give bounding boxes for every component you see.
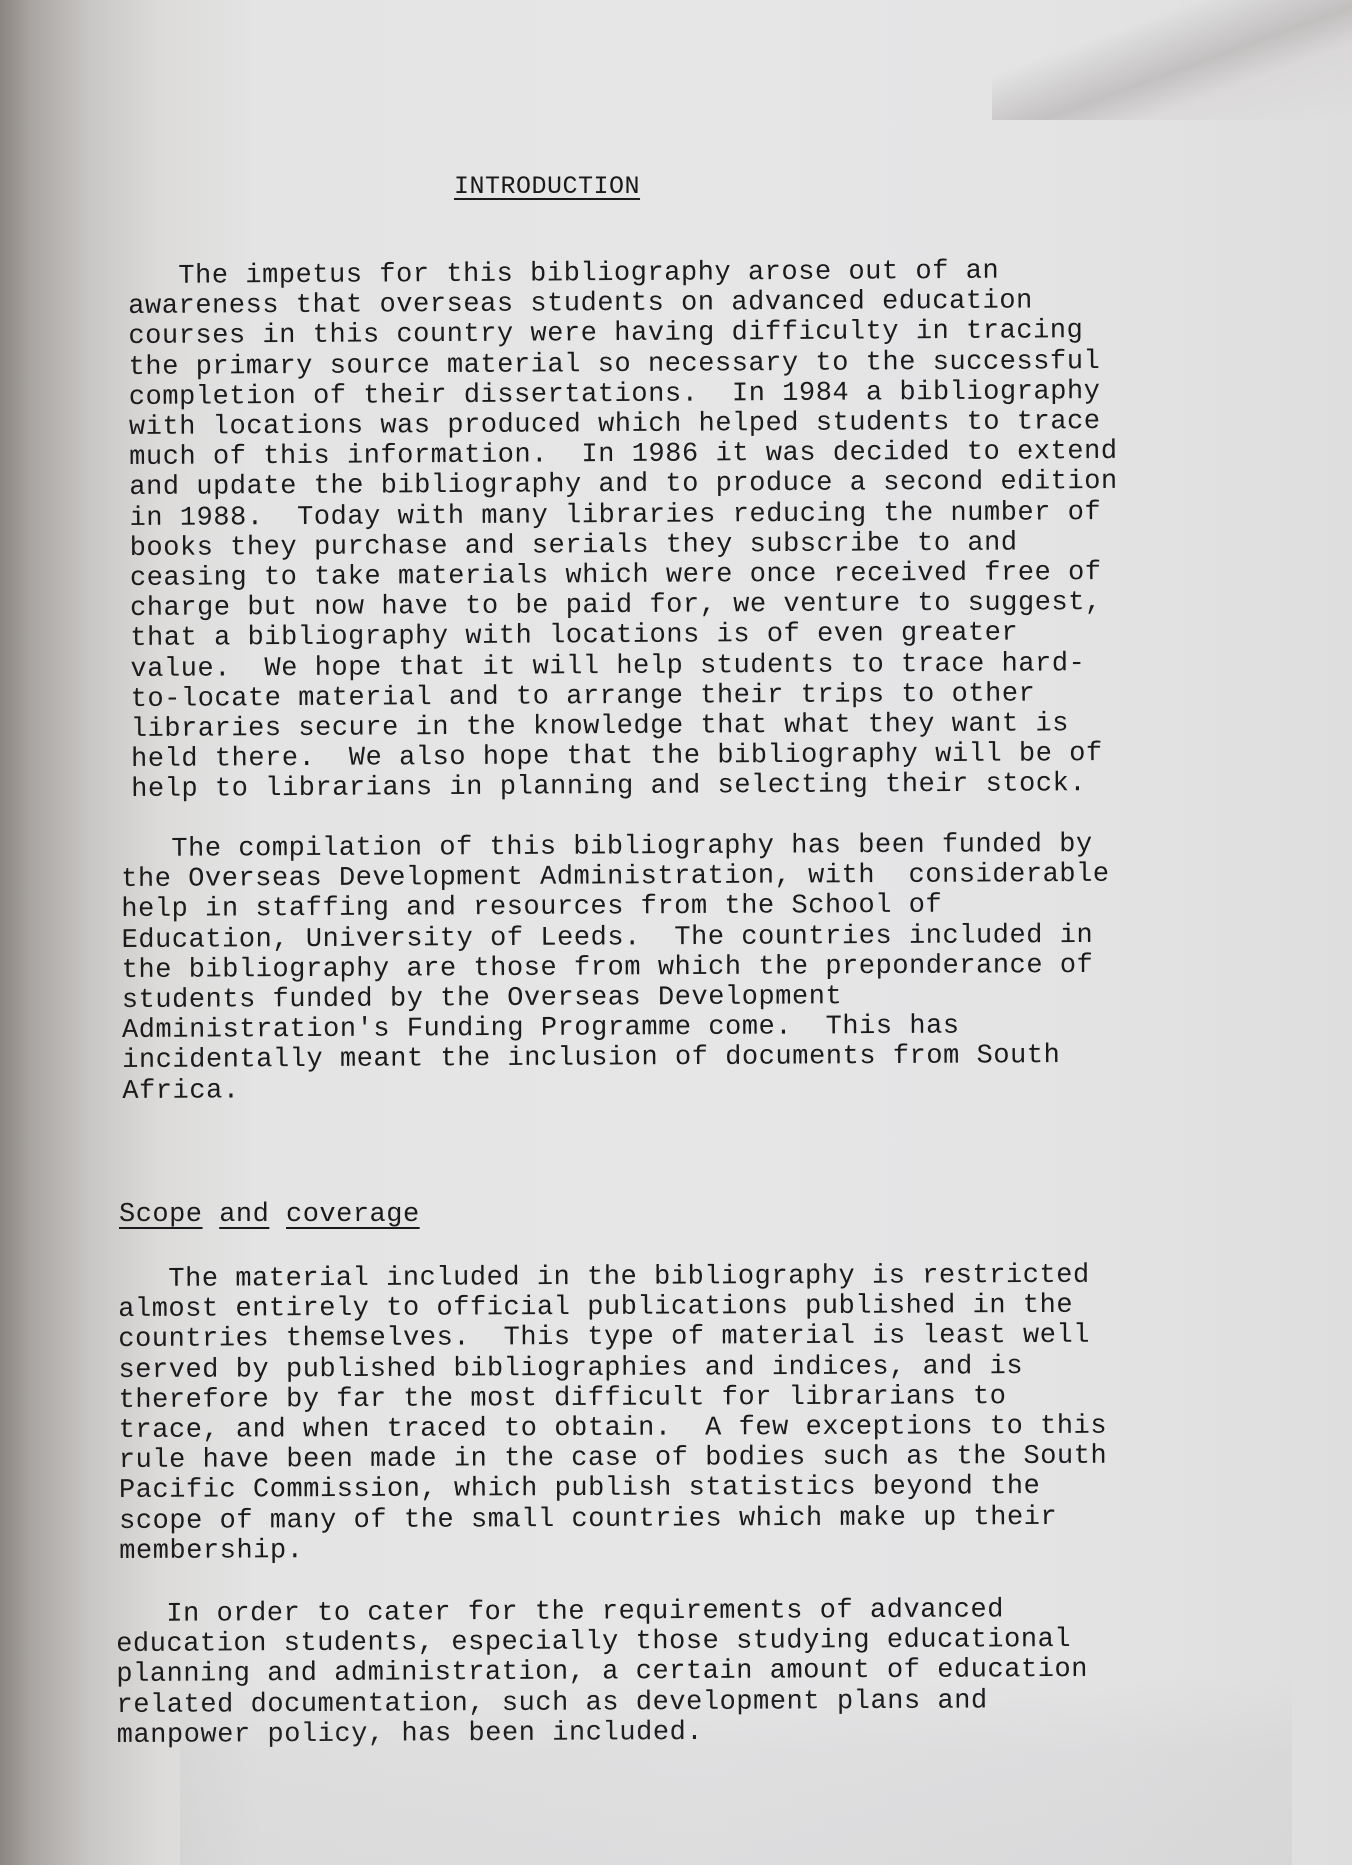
page-title: INTRODUCTION: [454, 172, 640, 201]
scanned-page: INTRODUCTION The impetus for this biblio…: [0, 0, 1352, 1865]
text-line: incidentally meant the inclusion of docu…: [122, 1041, 1111, 1076]
intro-paragraph-2: The compilation of this bibliography has…: [121, 830, 1111, 1107]
text-line: Pacific Commission, which publish statis…: [119, 1472, 1108, 1507]
text-line: the bibliography are those from which th…: [122, 951, 1111, 986]
text-line: served by published bibliographies and i…: [118, 1351, 1107, 1386]
scope-paragraph-1: The material included in the bibliograph…: [118, 1261, 1108, 1567]
text-line: the Overseas Development Administration,…: [121, 860, 1110, 895]
heading-word: and: [219, 1200, 269, 1230]
text-line: The material included in the bibliograph…: [118, 1261, 1107, 1296]
text-line: planning and administration, a certain a…: [116, 1655, 1088, 1690]
text-line: countries themselves. This type of mater…: [118, 1321, 1107, 1356]
intro-paragraph-1: The impetus for this bibliography arose …: [128, 256, 1120, 806]
text-line: related documentation, such as developme…: [116, 1686, 1088, 1721]
heading-word: coverage: [286, 1200, 420, 1230]
section-heading-scope: Scope and coverage: [119, 1200, 420, 1230]
text-line: trace, and when traced to obtain. A few …: [119, 1412, 1108, 1447]
text-line: help to librarians in planning and selec…: [131, 769, 1120, 805]
text-line: Africa.: [122, 1071, 1111, 1106]
text-line: almost entirely to official publications…: [118, 1291, 1107, 1326]
scope-paragraph-2: In order to cater for the requirements o…: [116, 1595, 1088, 1751]
text-line: Education, University of Leeds. The coun…: [121, 920, 1110, 955]
text-line: rule have been made in the case of bodie…: [119, 1442, 1108, 1477]
text-line: therefore by far the most difficult for …: [119, 1381, 1108, 1416]
heading-word: Scope: [119, 1200, 203, 1230]
text-line: scope of many of the small countries whi…: [119, 1502, 1108, 1537]
text-line: manpower policy, has been included.: [117, 1716, 1089, 1751]
text-line: membership.: [119, 1533, 1108, 1568]
